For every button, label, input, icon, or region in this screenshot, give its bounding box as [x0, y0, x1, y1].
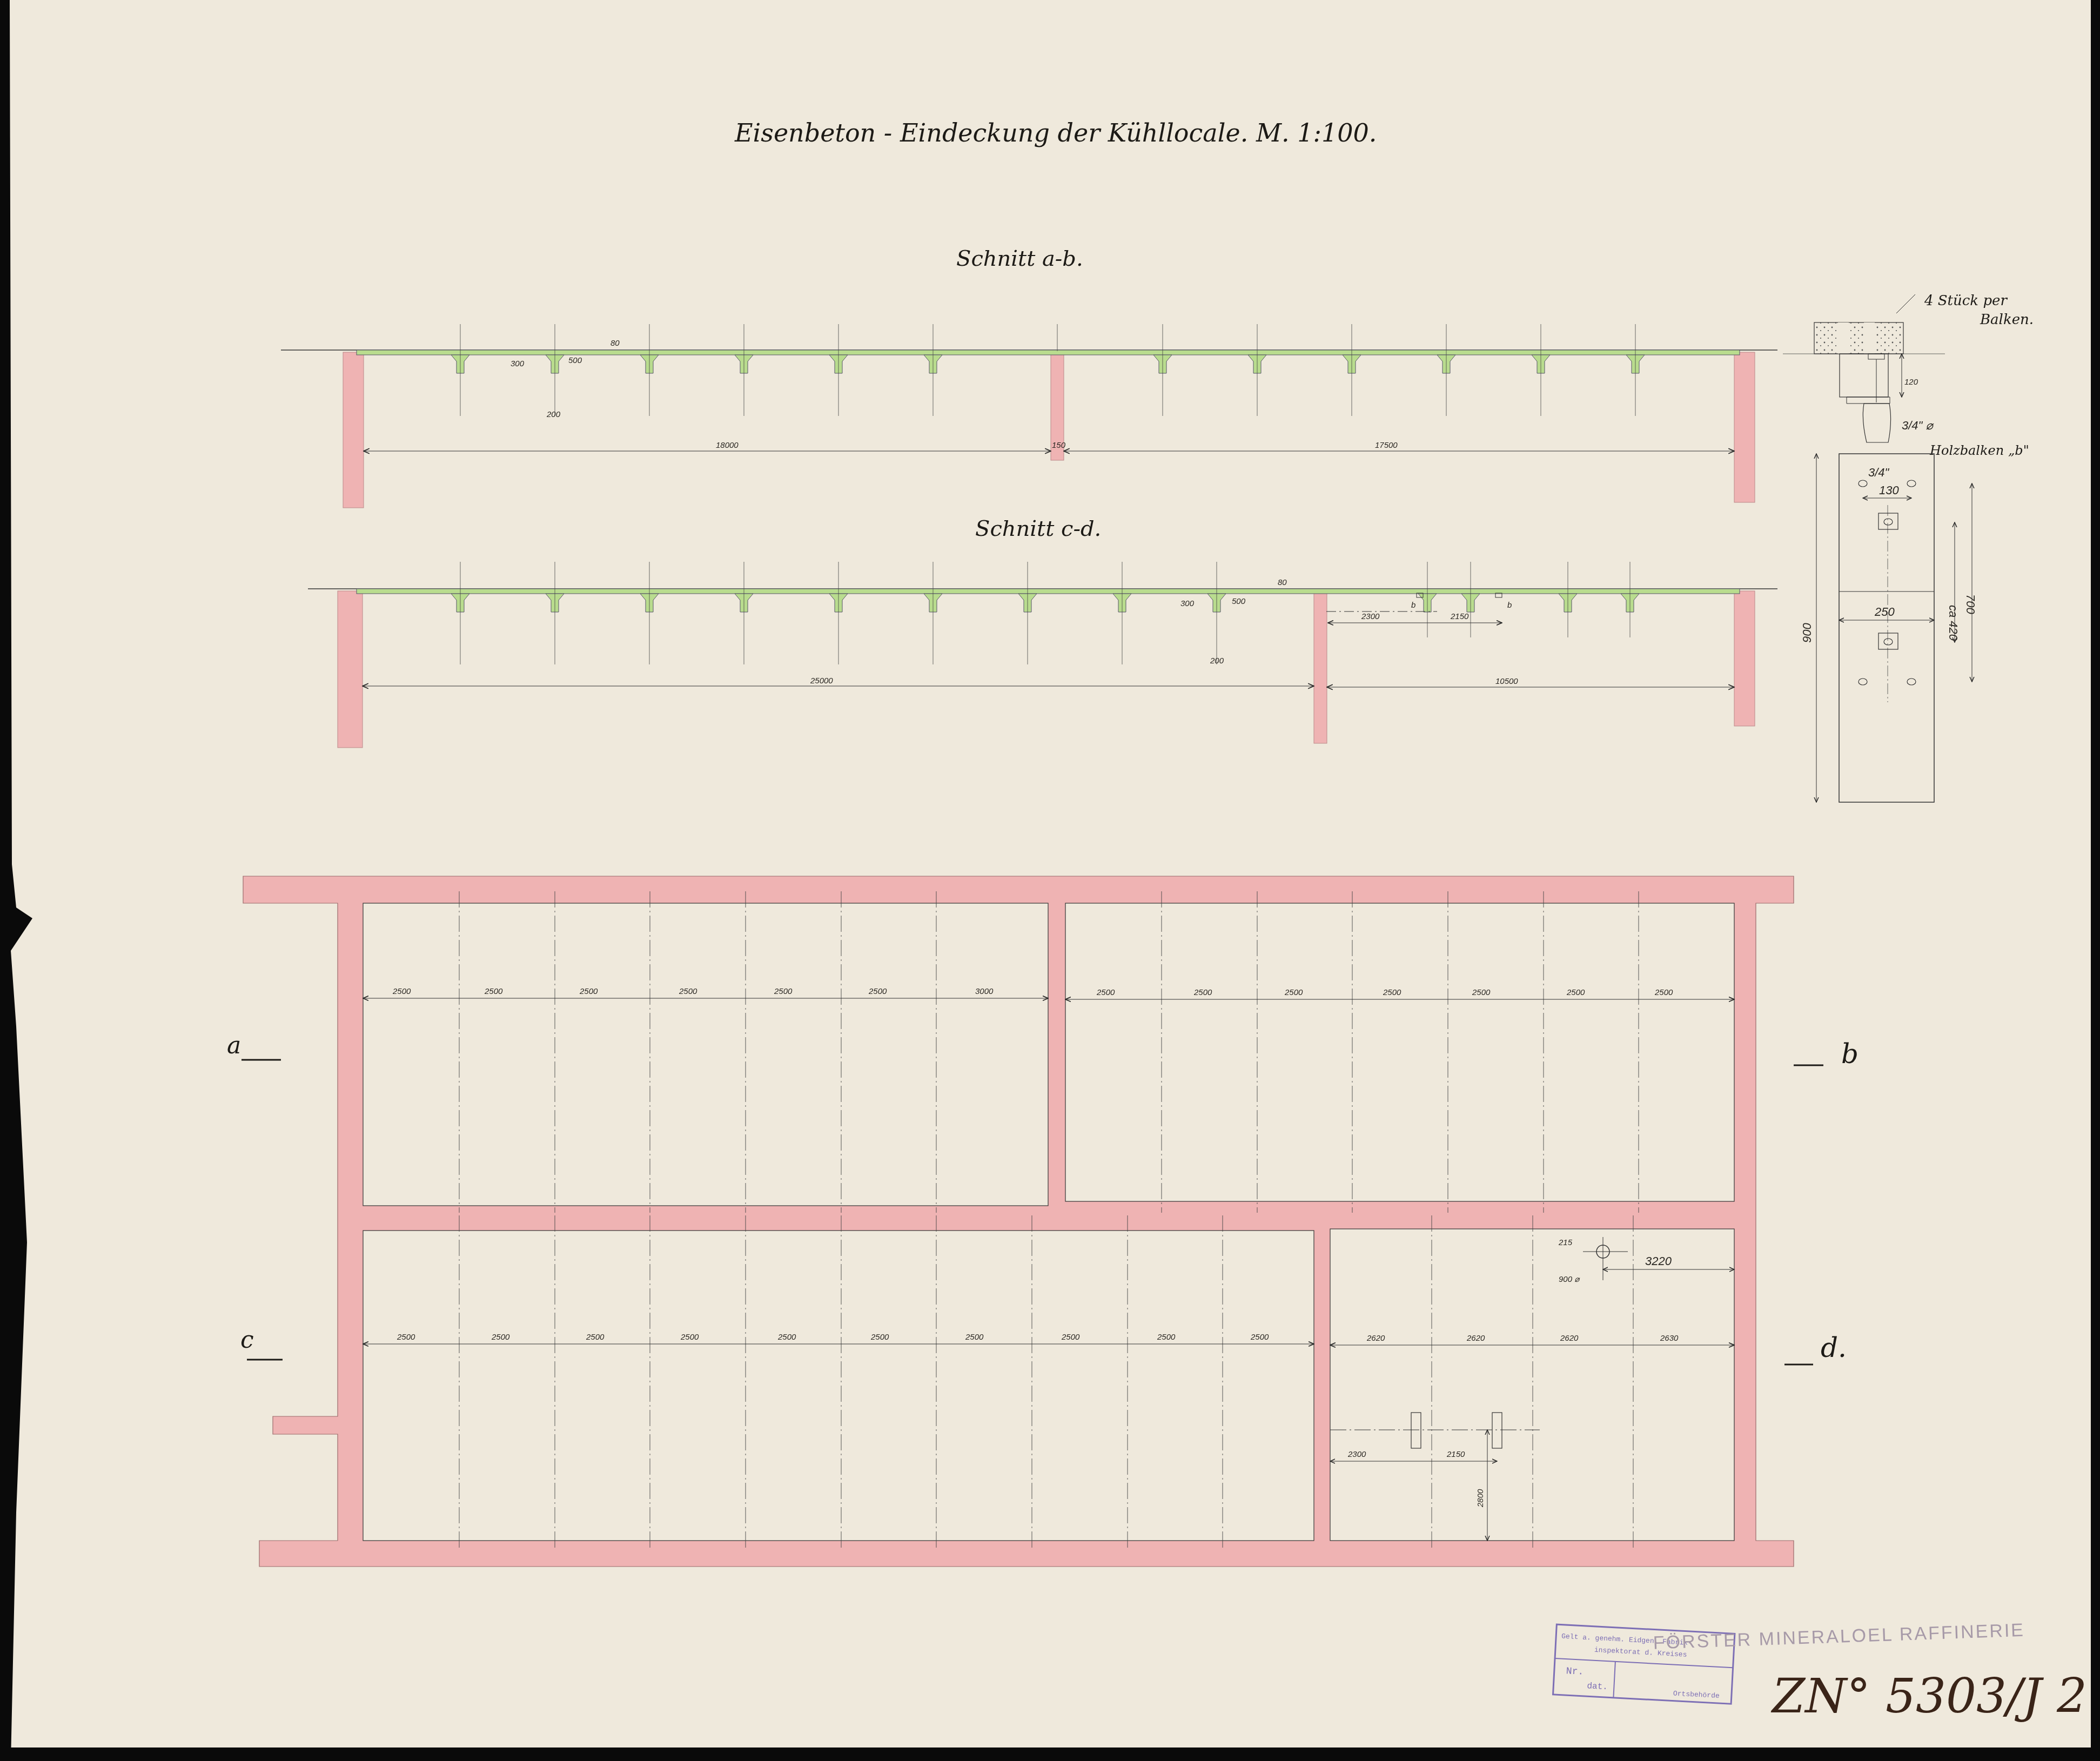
plan-anchor-d1: 2300: [1347, 1450, 1366, 1459]
plan-top-dim-9: 2500: [1193, 988, 1212, 997]
plan-top-dim-1: 2500: [392, 987, 411, 996]
opening-diameter: 900 ⌀: [1559, 1275, 1580, 1284]
plan-top-dim-11: 2500: [1383, 988, 1401, 997]
plan-anchor-depth: 2800: [1476, 1489, 1485, 1508]
plan-bot-dim-7: 2500: [965, 1333, 984, 1342]
plan-top-dim-3: 2500: [579, 987, 598, 996]
plan-bot-dim-9: 2500: [1157, 1333, 1176, 1342]
plate-hole-spacing: 130: [1879, 483, 1899, 497]
detail-note-2: Balken.: [1980, 312, 2034, 328]
plan-top-dim-7: 3000: [975, 987, 994, 996]
cd-slab: 80: [1278, 578, 1287, 587]
plan-top-dim-2: 2500: [484, 987, 503, 996]
stamp-line-3: Ortsbehörde: [1673, 1690, 1720, 1700]
drawing-sheet: Eisenbeton - Eindeckung der Kühllocale. …: [0, 0, 2100, 1761]
plan-top-dim-4: 2500: [679, 987, 697, 996]
plan-top-dim-5: 2500: [774, 987, 793, 996]
beam-label: Holzbalken „b": [1929, 443, 2029, 458]
section-cd: 300 500 80 200 b b 2300 2150 25000 10500: [308, 562, 1777, 748]
plan-top-dim-14: 2500: [1654, 988, 1673, 997]
plan-top-dim-8: 2500: [1096, 988, 1115, 997]
archive-stamp: Gelt a. genehm. Eidgen. Fabrik- inspekto…: [1553, 1620, 2087, 1724]
stamp-sub-1: Nr.: [1566, 1666, 1584, 1678]
plan-top-dim-12: 2500: [1472, 988, 1491, 997]
ab-span-left: 18000: [716, 441, 739, 450]
plan-bot-dim-10: 2500: [1250, 1333, 1269, 1342]
plan-top-dim-13: 2500: [1566, 988, 1585, 997]
detail-note-1: 4 Stück per: [1924, 293, 2008, 309]
cd-anchor-mark-2: b: [1507, 601, 1512, 610]
plan-bot-dim-13: 2620: [1560, 1334, 1579, 1343]
marker-a: a: [227, 1032, 241, 1059]
plate-width: 250: [1874, 605, 1895, 619]
archive-number: ZN° 5303/J 2: [1770, 1668, 2087, 1724]
plate-bolt: 3/4": [1868, 466, 1890, 479]
marker-d: d.: [1821, 1332, 1847, 1363]
opening-to-wall: 3220: [1645, 1254, 1672, 1268]
plan-bot-dim-3: 2500: [586, 1333, 605, 1342]
plan-bot-dim-5: 2500: [777, 1333, 796, 1342]
torn-edge: [0, 0, 32, 1761]
plan-bot-dim-6: 2500: [870, 1333, 889, 1342]
drawing-title: Eisenbeton - Eindeckung der Kühllocale. …: [734, 118, 1377, 147]
plan-anchor-d2: 2150: [1446, 1450, 1465, 1459]
marker-b: b: [1841, 1038, 1859, 1070]
plan-top-dim-10: 2500: [1284, 988, 1303, 997]
cd-anchor-mark-1: b: [1411, 601, 1415, 610]
opening-offset: 215: [1558, 1238, 1573, 1247]
section-cd-label: Schnitt c-d.: [975, 516, 1101, 541]
cd-anchor-d2: 2150: [1450, 612, 1469, 621]
cd-span-left: 25000: [810, 676, 833, 685]
section-ab-label: Schnitt a-b.: [956, 246, 1083, 271]
ab-rib-spacing: 500: [568, 356, 582, 365]
plate-length: 900: [1800, 623, 1814, 643]
plan-bot-dim-2: 2500: [491, 1333, 510, 1342]
company-stamp: FÖRSTER MINERALOEL RAFFINERIE: [1653, 1620, 2025, 1654]
cd-anchor-d1: 2300: [1361, 612, 1380, 621]
ab-span-wall: 150: [1052, 441, 1066, 450]
plan-bot-dim-8: 2500: [1061, 1333, 1080, 1342]
ab-slab: 80: [610, 339, 620, 348]
bolt-detail: 120 3/4" ⌀ 4 Stück per Balken. Holzbalke…: [1783, 293, 2034, 802]
plan-top-dim-6: 2500: [868, 987, 887, 996]
ab-span-right: 17500: [1375, 441, 1398, 450]
plan-bot-dim-1: 2500: [397, 1333, 415, 1342]
cd-rib-width: 200: [1210, 656, 1224, 666]
cd-rib-spacing: 500: [1232, 597, 1246, 606]
plate-outer-span: 700: [1964, 594, 1977, 614]
floor-plan: 2500 2500 2500 2500 2500 2500 3000 2500 …: [227, 876, 1859, 1567]
detail-bolt-dia: 3/4" ⌀: [1902, 419, 1935, 432]
ab-rib-depth: 300: [511, 359, 525, 368]
cd-span-right: 10500: [1495, 677, 1518, 686]
cd-rib-depth: 300: [1180, 599, 1195, 608]
plate-inner-span: ca 420: [1947, 605, 1960, 641]
marker-c: c: [240, 1326, 254, 1354]
ab-rib-width: 200: [546, 410, 561, 419]
plan-bot-dim-14: 2630: [1660, 1334, 1679, 1343]
plan-bot-dim-12: 2620: [1466, 1334, 1485, 1343]
section-ab: 300 500 80 200 18000 150 17500: [281, 324, 1777, 508]
detail-height: 120: [1904, 378, 1918, 387]
plan-bot-dim-11: 2620: [1366, 1334, 1385, 1343]
stamp-sub-2: dat.: [1587, 1681, 1608, 1692]
plan-bot-dim-4: 2500: [680, 1333, 699, 1342]
